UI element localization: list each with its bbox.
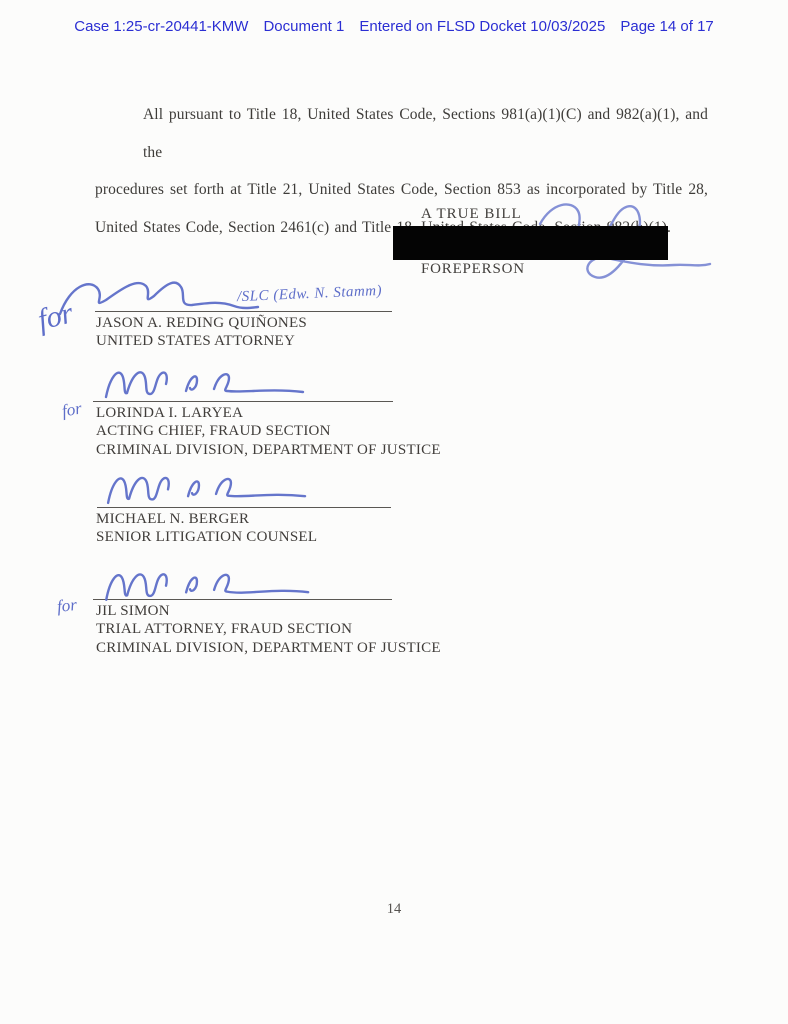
handwritten-for-mark: for bbox=[60, 398, 83, 421]
signer-title: ACTING CHIEF, FRAUD SECTION bbox=[96, 422, 441, 440]
handwritten-for-mark: for bbox=[56, 595, 78, 617]
acting-chief-signature bbox=[98, 364, 313, 404]
signer-title: CRIMINAL DIVISION, DEPARTMENT OF JUSTICE bbox=[96, 441, 441, 459]
docket-page-info: Page 14 of 17 bbox=[620, 18, 713, 35]
senior-litigation-counsel-signature bbox=[100, 468, 315, 510]
signer-title: SENIOR LITIGATION COUNSEL bbox=[96, 528, 317, 546]
docket-stamp: Case 1:25-cr-20441-KMW Document 1 Entere… bbox=[0, 18, 788, 35]
signer-name: LORINDA I. LARYEA bbox=[96, 404, 441, 422]
document-page: Case 1:25-cr-20441-KMW Document 1 Entere… bbox=[0, 0, 788, 1024]
redaction-bar bbox=[393, 226, 668, 260]
signer-title: UNITED STATES ATTORNEY bbox=[96, 332, 307, 350]
trial-attorney-signature bbox=[98, 561, 314, 607]
signer-title: CRIMINAL DIVISION, DEPARTMENT OF JUSTICE bbox=[96, 639, 441, 657]
signer-title: TRIAL ATTORNEY, FRAUD SECTION bbox=[96, 620, 441, 638]
signature-block: MICHAEL N. BERGER SENIOR LITIGATION COUN… bbox=[96, 510, 317, 547]
docket-document-number: Document 1 bbox=[263, 18, 344, 35]
signer-name: MICHAEL N. BERGER bbox=[96, 510, 317, 528]
docket-entered-date: Entered on FLSD Docket 10/03/2025 bbox=[359, 18, 605, 35]
page-number: 14 bbox=[0, 901, 788, 918]
us-attorney-signature bbox=[50, 274, 260, 326]
docket-case-number: Case 1:25-cr-20441-KMW bbox=[74, 18, 248, 35]
signature-block: JIL SIMON TRIAL ATTORNEY, FRAUD SECTION … bbox=[96, 602, 441, 657]
signature-block: LORINDA I. LARYEA ACTING CHIEF, FRAUD SE… bbox=[96, 404, 441, 459]
paragraph-line: All pursuant to Title 18, United States … bbox=[95, 96, 708, 171]
